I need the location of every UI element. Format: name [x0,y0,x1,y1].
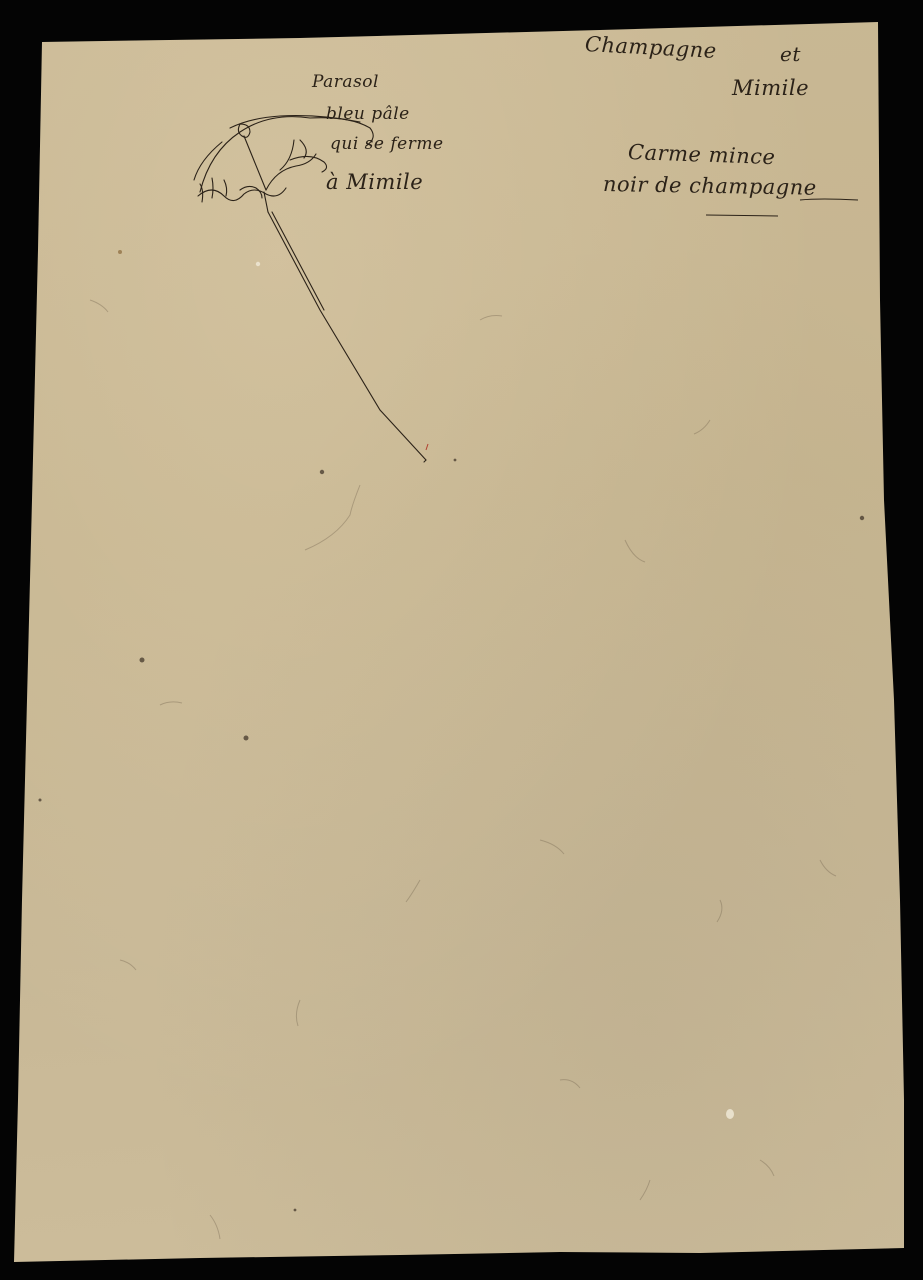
sketch-label-a-mimile: à Mimile [326,170,423,194]
note-line-noir-de-champagne: noir de champagne [603,172,817,200]
heading-mimile: Mimile [732,76,809,100]
sketch-label-qui-se-ferme: qui se ferme [330,134,444,154]
parasol-sketch [180,100,450,480]
note-line-carme-mince: Carme mince [628,140,776,169]
heading-champagne: Champagne [584,32,717,63]
scan-background: Champagne et Mimile Carme mince noir de … [0,0,923,1280]
heading-et: et [780,42,801,66]
sketch-label-bleu-pale: bleu pâle [326,104,410,124]
manuscript-sheet: Champagne et Mimile Carme mince noir de … [0,0,923,1280]
sketch-label-parasol: Parasol [312,72,379,92]
